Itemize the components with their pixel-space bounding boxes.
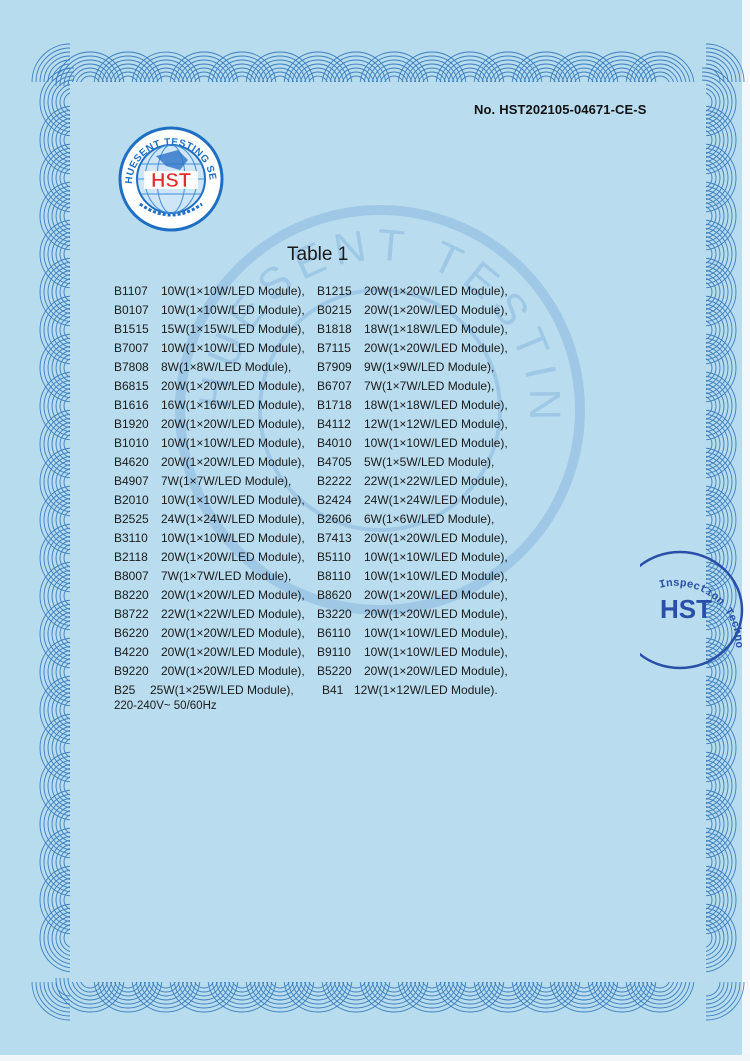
model-code: B25 (114, 683, 135, 697)
model-spec: 12W(1×12W/LED Module). (354, 683, 498, 697)
model-code: B0215 (317, 303, 352, 317)
model-code: B1818 (317, 322, 352, 336)
model-spec: 18W(1×18W/LED Module), (364, 398, 508, 412)
model-spec: 22W(1×22W/LED Module), (364, 474, 508, 488)
certificate-number: No.HST202105-04671-CE-S (474, 102, 647, 117)
model-code: B41 (322, 683, 343, 697)
model-code: B5110 (317, 550, 351, 564)
model-spec: 20W(1×20W/LED Module), (161, 379, 305, 393)
model-spec: 24W(1×24W/LED Module), (161, 512, 305, 526)
model-spec: 10W(1×10W/LED Module), (364, 436, 508, 450)
model-spec: 18W(1×18W/LED Module), (364, 322, 508, 336)
model-spec: 6W(1×6W/LED Module), (364, 512, 494, 526)
model-spec: 10W(1×10W/LED Module), (364, 626, 508, 640)
logo-center-text: HST (151, 170, 191, 192)
model-code: B2606 (317, 512, 352, 526)
model-spec: 10W(1×10W/LED Module), (364, 645, 508, 659)
model-code: B4220 (114, 645, 149, 659)
model-spec: 20W(1×20W/LED Module), (364, 531, 508, 545)
model-spec: 12W(1×12W/LED Module), (364, 417, 508, 431)
model-spec: 5W(1×5W/LED Module), (364, 455, 494, 469)
model-code: B4705 (317, 455, 352, 469)
model-code: B7413 (317, 531, 352, 545)
model-code: B5220 (317, 664, 352, 678)
model-code: B7007 (114, 341, 149, 355)
model-code: B6707 (317, 379, 352, 393)
model-code: B8722 (114, 607, 149, 621)
company-stamp: Inspection Technology Co., Ltd HST (640, 548, 750, 672)
model-spec: 7W(1×7W/LED Module), (161, 569, 291, 583)
model-code: B4010 (317, 436, 352, 450)
model-spec: 20W(1×20W/LED Module), (364, 341, 508, 355)
model-spec: 10W(1×10W/LED Module), (364, 569, 508, 583)
model-spec: 10W(1×10W/LED Module), (161, 436, 305, 450)
model-spec: 20W(1×20W/LED Module), (364, 284, 508, 298)
model-code: B2010 (114, 493, 149, 507)
model-spec: 20W(1×20W/LED Module), (161, 455, 305, 469)
model-spec: 10W(1×10W/LED Module), (161, 531, 305, 545)
certificate-number-value: HST202105-04671-CE-S (499, 102, 646, 117)
model-code: B6815 (114, 379, 149, 393)
model-code: B8110 (317, 569, 351, 583)
model-code: B1215 (317, 284, 352, 298)
model-code: B9110 (317, 645, 351, 659)
model-spec: 15W(1×15W/LED Module), (161, 322, 305, 336)
model-spec: 20W(1×20W/LED Module), (161, 417, 305, 431)
model-code: B4907 (114, 474, 149, 488)
model-spec: 22W(1×22W/LED Module), (161, 607, 305, 621)
model-spec: 20W(1×20W/LED Module), (161, 588, 305, 602)
model-code: B2222 (317, 474, 352, 488)
model-code: B8620 (317, 588, 352, 602)
model-code: B8220 (114, 588, 149, 602)
model-spec: 7W(1×7W/LED Module), (364, 379, 494, 393)
model-spec: 20W(1×20W/LED Module), (161, 550, 305, 564)
model-code: B4112 (317, 417, 351, 431)
stamp-center-text: HST (660, 594, 712, 624)
model-spec: 20W(1×20W/LED Module), (364, 607, 508, 621)
model-spec: 8W(1×8W/LED Module), (161, 360, 291, 374)
certificate-number-label: No. (474, 102, 495, 117)
model-code: B1920 (114, 417, 149, 431)
model-code: B3220 (317, 607, 352, 621)
model-spec: 9W(1×9W/LED Module), (364, 360, 494, 374)
voltage-rating: 220-240V~ 50/60Hz (114, 700, 217, 712)
model-spec: 10W(1×10W/LED Module), (161, 284, 305, 298)
model-code: B2424 (317, 493, 352, 507)
model-spec: 20W(1×20W/LED Module), (364, 303, 508, 317)
table-title: Table 1 (287, 244, 348, 266)
model-code: B3110 (114, 531, 148, 545)
model-spec: 20W(1×20W/LED Module), (161, 664, 305, 678)
model-code: B1515 (114, 322, 149, 336)
model-spec: 10W(1×10W/LED Module), (364, 550, 508, 564)
model-code: B6220 (114, 626, 149, 640)
model-spec: 24W(1×24W/LED Module), (364, 493, 508, 507)
hst-logo: HUESENT TESTING SERVICE HST (118, 126, 224, 232)
model-code: B8007 (114, 569, 149, 583)
model-spec: 20W(1×20W/LED Module), (161, 645, 305, 659)
model-spec: 10W(1×10W/LED Module), (161, 493, 305, 507)
model-code: B2525 (114, 512, 149, 526)
model-code: B7115 (317, 341, 351, 355)
model-spec: 10W(1×10W/LED Module), (161, 303, 305, 317)
model-spec: 25W(1×25W/LED Module), (150, 683, 294, 697)
model-code: B1718 (317, 398, 352, 412)
model-spec: 16W(1×16W/LED Module), (161, 398, 305, 412)
model-code: B9220 (114, 664, 149, 678)
model-code: B4620 (114, 455, 149, 469)
model-code: B1010 (114, 436, 149, 450)
model-code: B6110 (317, 626, 351, 640)
model-code: B1107 (114, 284, 148, 298)
model-code: B7909 (317, 360, 352, 374)
model-code: B0107 (114, 303, 149, 317)
model-spec: 20W(1×20W/LED Module), (161, 626, 305, 640)
model-spec: 7W(1×7W/LED Module), (161, 474, 291, 488)
model-code: B2118 (114, 550, 148, 564)
model-spec: 10W(1×10W/LED Module), (161, 341, 305, 355)
model-code: B1616 (114, 398, 149, 412)
model-spec: 20W(1×20W/LED Module), (364, 664, 508, 678)
model-spec: 20W(1×20W/LED Module), (364, 588, 508, 602)
model-code: B7808 (114, 360, 149, 374)
